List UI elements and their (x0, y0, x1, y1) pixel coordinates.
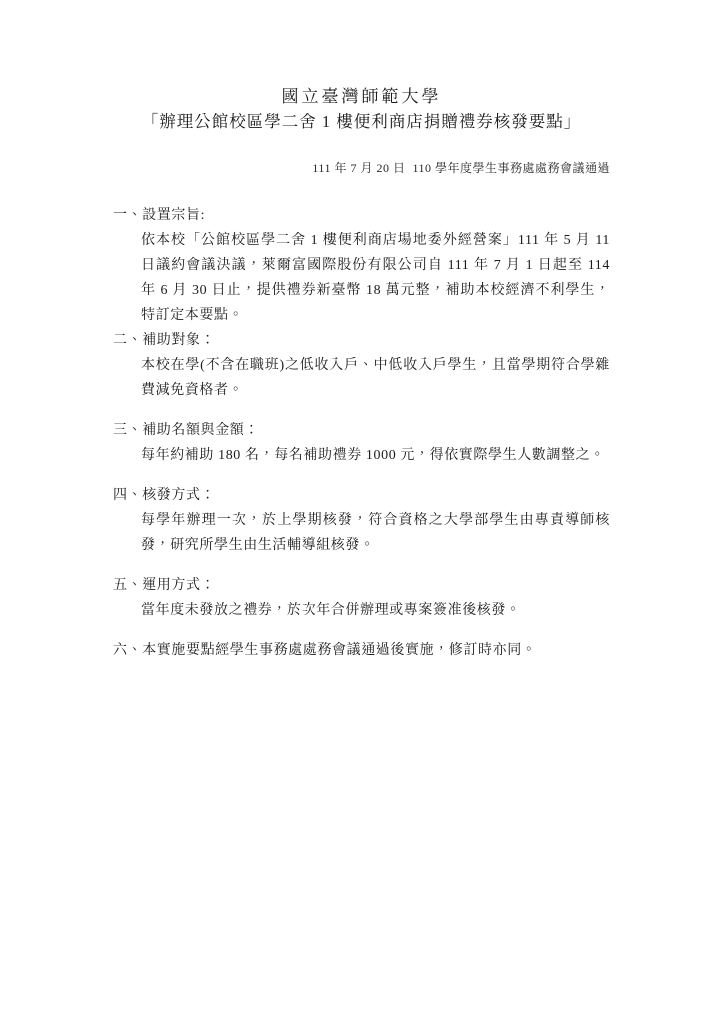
section-heading: 補助對象： (142, 333, 215, 348)
section-heading: 設置宗旨: (142, 208, 205, 223)
section-heading-row: 六、本實施要點經學生事務處處務會議通過後實施，修訂時亦同。 (113, 638, 610, 663)
section-heading-row: 五、運用方式： (113, 573, 610, 598)
section-number: 三、 (113, 423, 142, 438)
section-heading: 補助名額與金額： (142, 423, 259, 438)
approval-note: 111 年 7 月 20 日 110 學年度學生事務處處務會議通過 (113, 160, 610, 176)
section-heading-row: 二、補助對象： (113, 328, 610, 353)
section-body: 每學年辦理一次，於上學期核發，符合資格之大學部學生由專責導師核發，研究所學生由生… (141, 508, 610, 558)
section-body: 依本校「公館校區學二舍 1 樓便利商店場地委外經營案」111 年 5 月 11 … (141, 228, 610, 328)
section-2-recipients: 二、補助對象： 本校在學(不含在職班)之低收入戶、中低收入戶學生，且當學期符合學… (113, 328, 610, 403)
section-number: 六、 (113, 643, 142, 658)
section-6-implementation: 六、本實施要點經學生事務處處務會議通過後實施，修訂時亦同。 (113, 638, 610, 663)
section-1-purpose: 一、設置宗旨: 依本校「公館校區學二舍 1 樓便利商店場地委外經營案」111 年… (113, 203, 610, 328)
document-subtitle: 「辦理公館校區學二舍 1 樓便利商店捐贈禮券核發要點」 (113, 109, 610, 135)
sections-list: 一、設置宗旨: 依本校「公館校區學二舍 1 樓便利商店場地委外經營案」111 年… (113, 203, 610, 663)
section-4-issuance-method: 四、核發方式： 每學年辦理一次，於上學期核發，符合資格之大學部學生由專責導師核發… (113, 483, 610, 558)
section-3-quota-amount: 三、補助名額與金額： 每年約補助 180 名，每名補助禮券 1000 元，得依實… (113, 418, 610, 468)
section-number: 四、 (113, 488, 142, 503)
document-content: 國立臺灣師範大學 「辦理公館校區學二舍 1 樓便利商店捐贈禮券核發要點」 111… (0, 0, 724, 663)
section-number: 五、 (113, 578, 142, 593)
section-5-usage-method: 五、運用方式： 當年度未發放之禮券，於次年合併辦理或專案簽准後核發。 (113, 573, 610, 623)
section-heading-row: 一、設置宗旨: (113, 203, 610, 228)
section-heading: 運用方式： (142, 578, 215, 593)
section-body: 本校在學(不含在職班)之低收入戶、中低收入戶學生，且當學期符合學雜費減免資格者。 (141, 353, 610, 403)
section-heading: 核發方式： (142, 488, 215, 503)
document-page: 國立臺灣師範大學 「辦理公館校區學二舍 1 樓便利商店捐贈禮券核發要點」 111… (0, 0, 724, 1024)
section-number: 一、 (113, 208, 142, 223)
section-body: 每年約補助 180 名，每名補助禮券 1000 元，得依實際學生人數調整之。 (141, 443, 610, 468)
section-number: 二、 (113, 333, 142, 348)
document-title: 國立臺灣師範大學 (113, 84, 610, 109)
section-body: 本實施要點經學生事務處處務會議通過後實施，修訂時亦同。 (142, 643, 536, 658)
section-heading-row: 三、補助名額與金額： (113, 418, 610, 443)
section-heading-row: 四、核發方式： (113, 483, 610, 508)
section-body: 當年度未發放之禮券，於次年合併辦理或專案簽准後核發。 (141, 598, 610, 623)
